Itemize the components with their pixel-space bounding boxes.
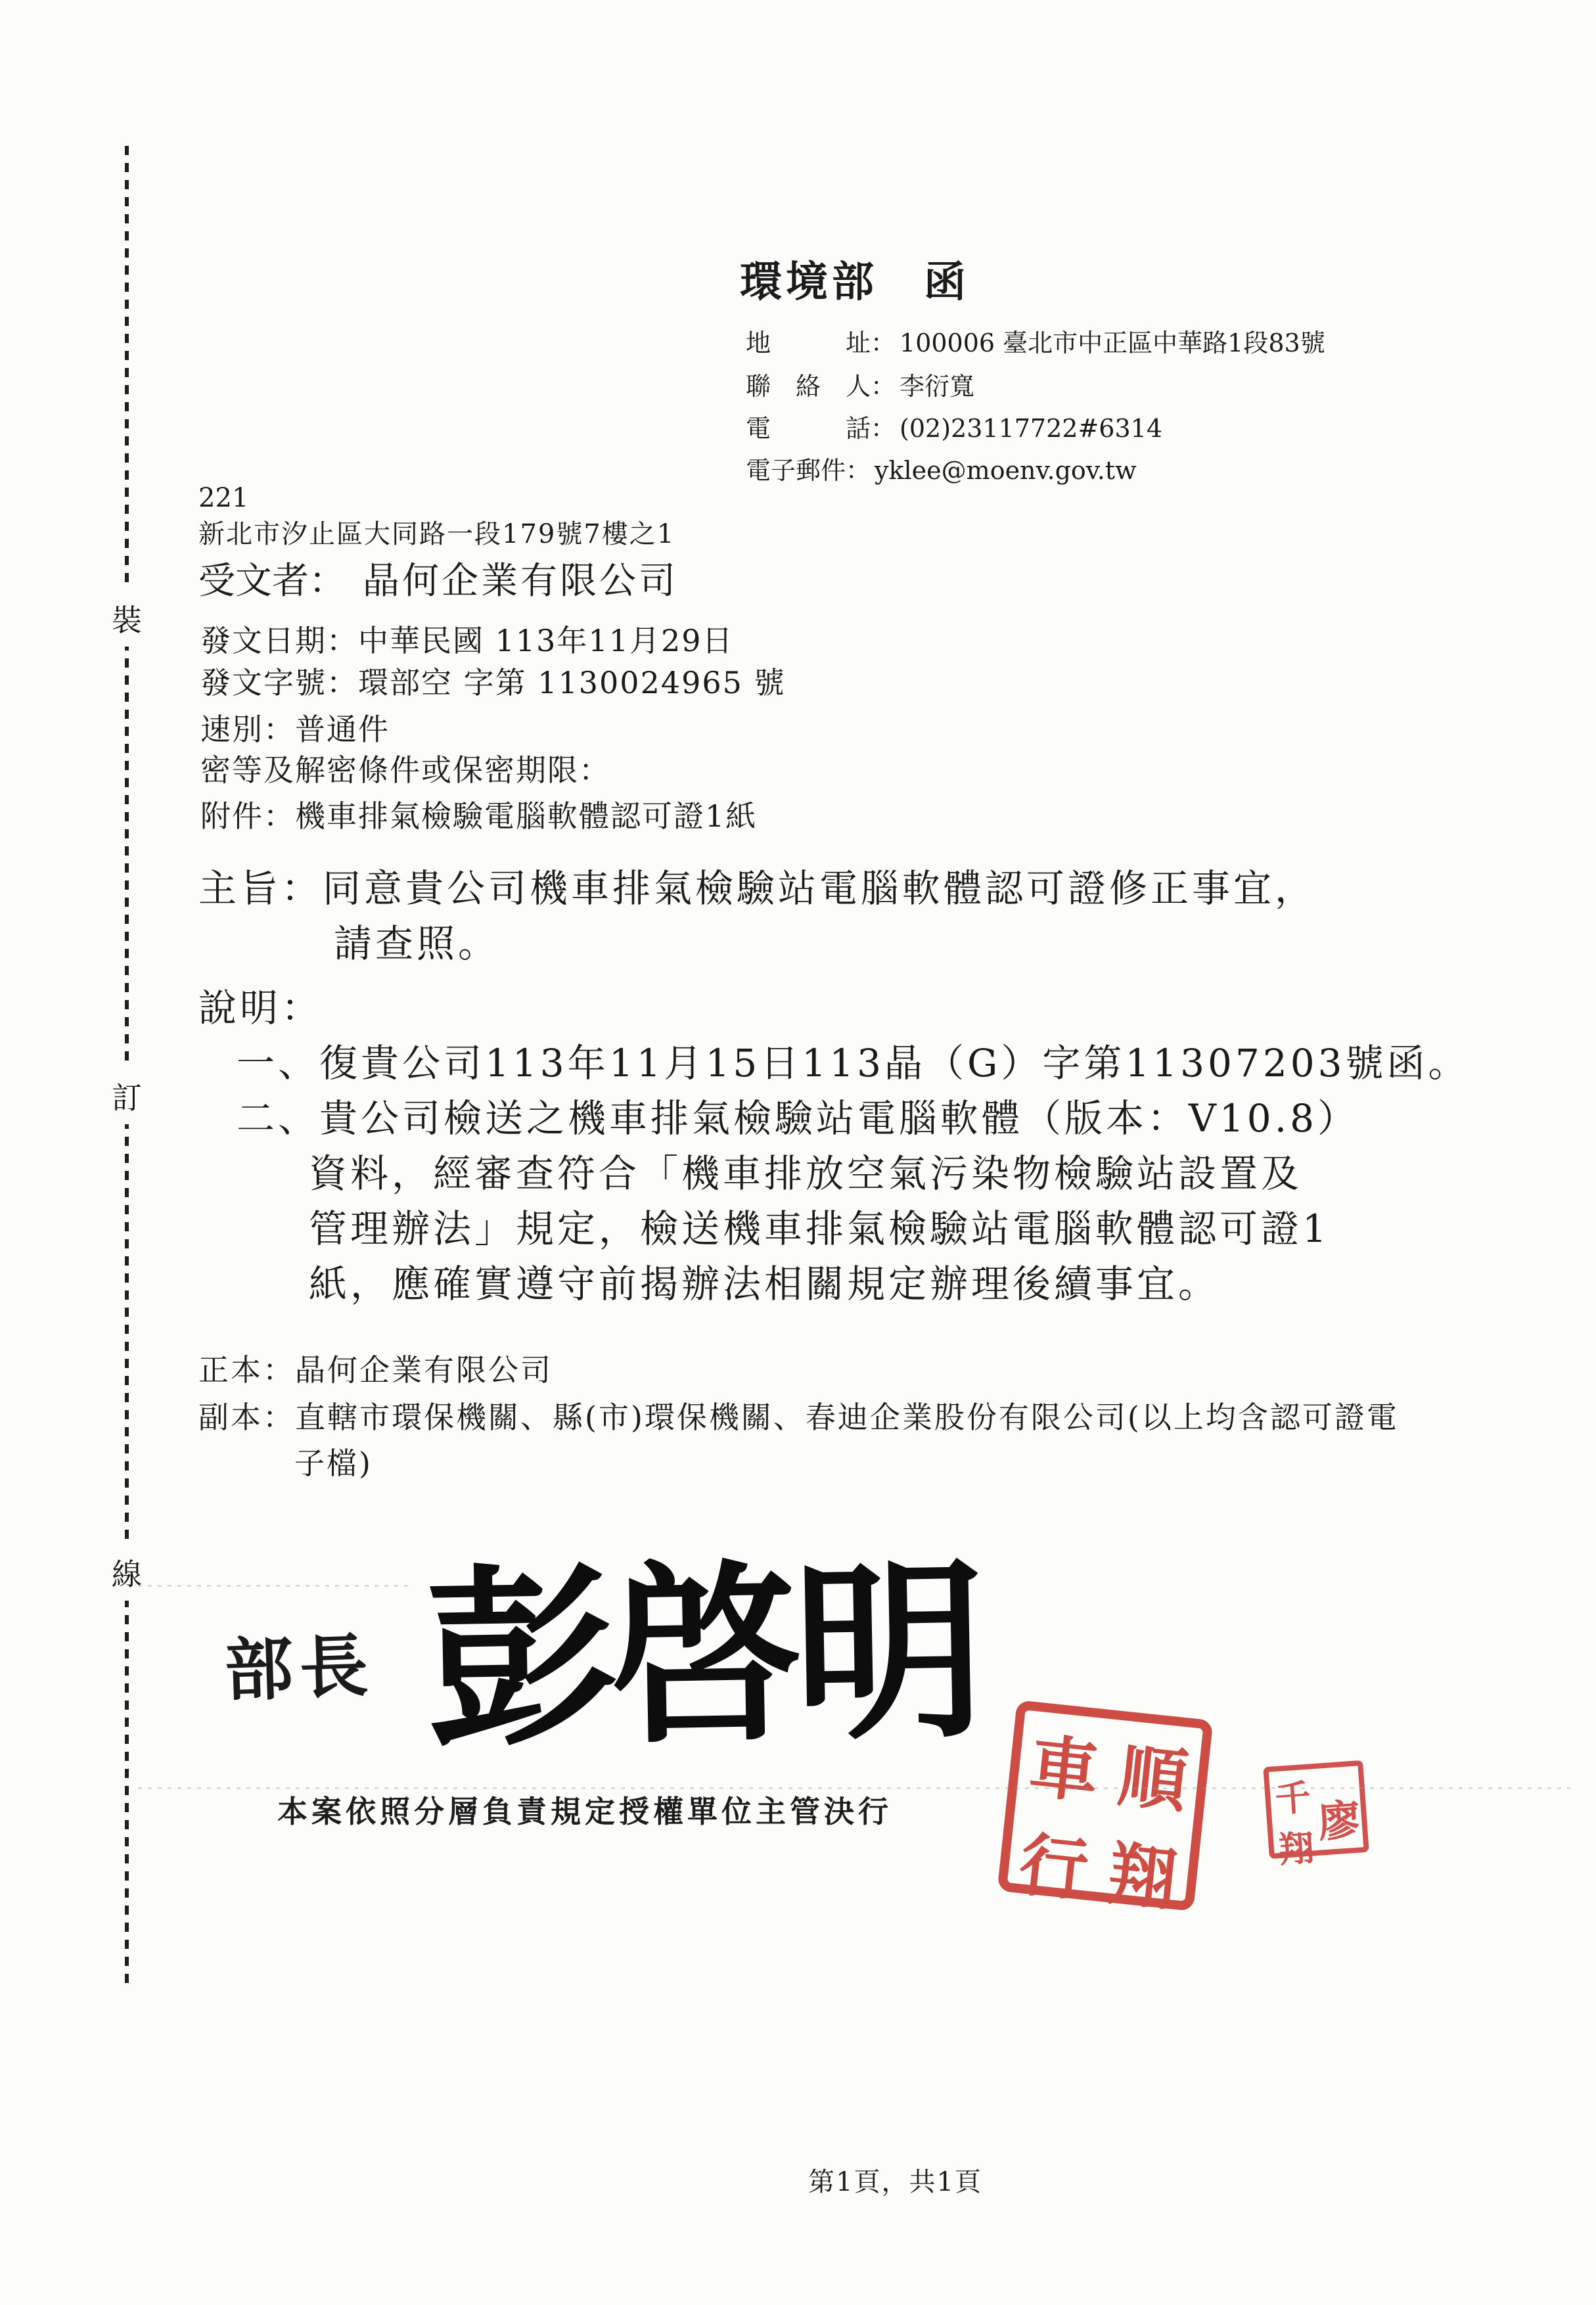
binding-dashed-line [125, 146, 129, 1986]
scan-artifact-line [138, 1585, 414, 1587]
header-field-address: 地 址：100006 臺北市中正區中華路1段83號 [746, 329, 1325, 358]
issue-date-line: 發文日期：中華民國 113年11月29日 [200, 623, 734, 658]
explanation-item-2-line-4: 紙，應確實遵守前揭辦法相關規定辦理後續事宜。 [309, 1262, 1220, 1306]
subject-line-1: 主旨：同意貴公司機車排氣檢驗站電腦軟體認可證修正事宜， [198, 866, 1316, 911]
minister-signature-calligraphy: 彭啓明 [424, 1538, 980, 1774]
header-field-contact: 聯 絡 人：李衍寬 [746, 372, 974, 401]
margin-mark-staple: 訂 [110, 1068, 144, 1124]
header-field-phone-label: 電 話 [746, 414, 871, 444]
header-field-email: 電子郵件：yklee@moenv.gov.tw [746, 456, 1137, 486]
shop-seal-char-top-right: 順 [1104, 1720, 1203, 1827]
recipient-name: 晶何企業有限公司 [363, 560, 678, 603]
header-field-phone: 電 話：(02)23117722#6314 [746, 414, 1162, 444]
recipient-label: 受文者： [198, 560, 346, 603]
colon: ： [871, 372, 896, 401]
scan-artifact-line [138, 1787, 1570, 1789]
priority-line: 速別：普通件 [200, 712, 390, 747]
explanation-item-1: 一、復貴公司113年11月15日113晶（G）字第11307203號函。 [237, 1041, 1470, 1085]
explanation-item-2-line-2: 資料，經審查符合「機車排放空氣污染物檢驗站設置及 [309, 1151, 1302, 1196]
shop-seal-char-bottom-right: 翔 [1093, 1817, 1193, 1925]
minister-title-calligraphy: 部長 [223, 1626, 376, 1712]
doc-number-line: 發文字號：環部空 字第 1130024965 號 [200, 665, 786, 700]
colon: ： [871, 414, 896, 443]
personal-seal-char-right: 廖 [1313, 1766, 1365, 1869]
copies-cc-line-2: 子檔) [294, 1446, 373, 1481]
header-field-phone-value: (02)23117722#6314 [900, 414, 1162, 443]
margin-mark-thread: 線 [110, 1544, 144, 1601]
page-number-footer: 第1頁，共1頁 [808, 2167, 982, 2198]
explanation-item-2-line-1: 二、貴公司檢送之機車排氣檢驗站電腦軟體（版本：V10.8） [237, 1096, 1359, 1141]
recipient-line: 受文者：晶何企業有限公司 [198, 560, 678, 603]
personal-seal-liao-qianxiang: 千 廖 翔 [1263, 1760, 1369, 1859]
copies-original-line: 正本：晶何企業有限公司 [198, 1352, 553, 1388]
delegation-note: 本案依照分層負責規定授權單位主管決行 [277, 1794, 892, 1829]
shop-seal-char-top-left: 車 [1015, 1710, 1114, 1817]
subject-line-2: 請查照。 [334, 921, 499, 966]
header-field-email-value: yklee@moenv.gov.tw [875, 456, 1137, 485]
header-field-contact-value: 李衍寬 [900, 372, 974, 401]
explanation-item-2-line-3: 管理辦法」規定，檢送機車排氣檢驗站電腦軟體認可證1 [309, 1206, 1330, 1251]
addressee-postal-code: 221 [198, 483, 248, 514]
copies-cc-line-1: 副本：直轄市環保機關、縣(市)環保機關、春迪企業股份有限公司(以上均含認可證電 [198, 1400, 1399, 1435]
explanation-heading: 說明： [198, 986, 323, 1030]
header-field-email-label: 電子郵件 [746, 456, 846, 486]
colon: ： [871, 329, 896, 357]
scanned-official-letter: 裝 訂 線 環境部 函 地 址：100006 臺北市中正區中華路1段83號 聯 … [0, 0, 1596, 2305]
shop-seal-char-bottom-left: 行 [1005, 1808, 1104, 1915]
header-field-address-value: 100006 臺北市中正區中華路1段83號 [900, 329, 1325, 357]
attachment-line: 附件：機車排氣檢驗電腦軟體認可證1紙 [200, 798, 757, 834]
security-line: 密等及解密條件或保密期限： [200, 752, 610, 788]
margin-mark-binding: 裝 [110, 590, 144, 647]
agency-title: 環境部 函 [740, 258, 970, 308]
personal-seal-char-left-top: 千 [1269, 1769, 1317, 1823]
shop-seal-shunxiang-chehang: 車 順 行 翔 [997, 1700, 1214, 1911]
header-field-contact-label: 聯 絡 人 [746, 372, 871, 401]
header-field-address-label: 地 址 [746, 329, 871, 358]
addressee-address: 新北市汐止區大同路一段179號7樓之1 [198, 519, 675, 550]
colon: ： [846, 456, 871, 485]
personal-seal-char-left-bottom: 翔 [1272, 1819, 1320, 1873]
